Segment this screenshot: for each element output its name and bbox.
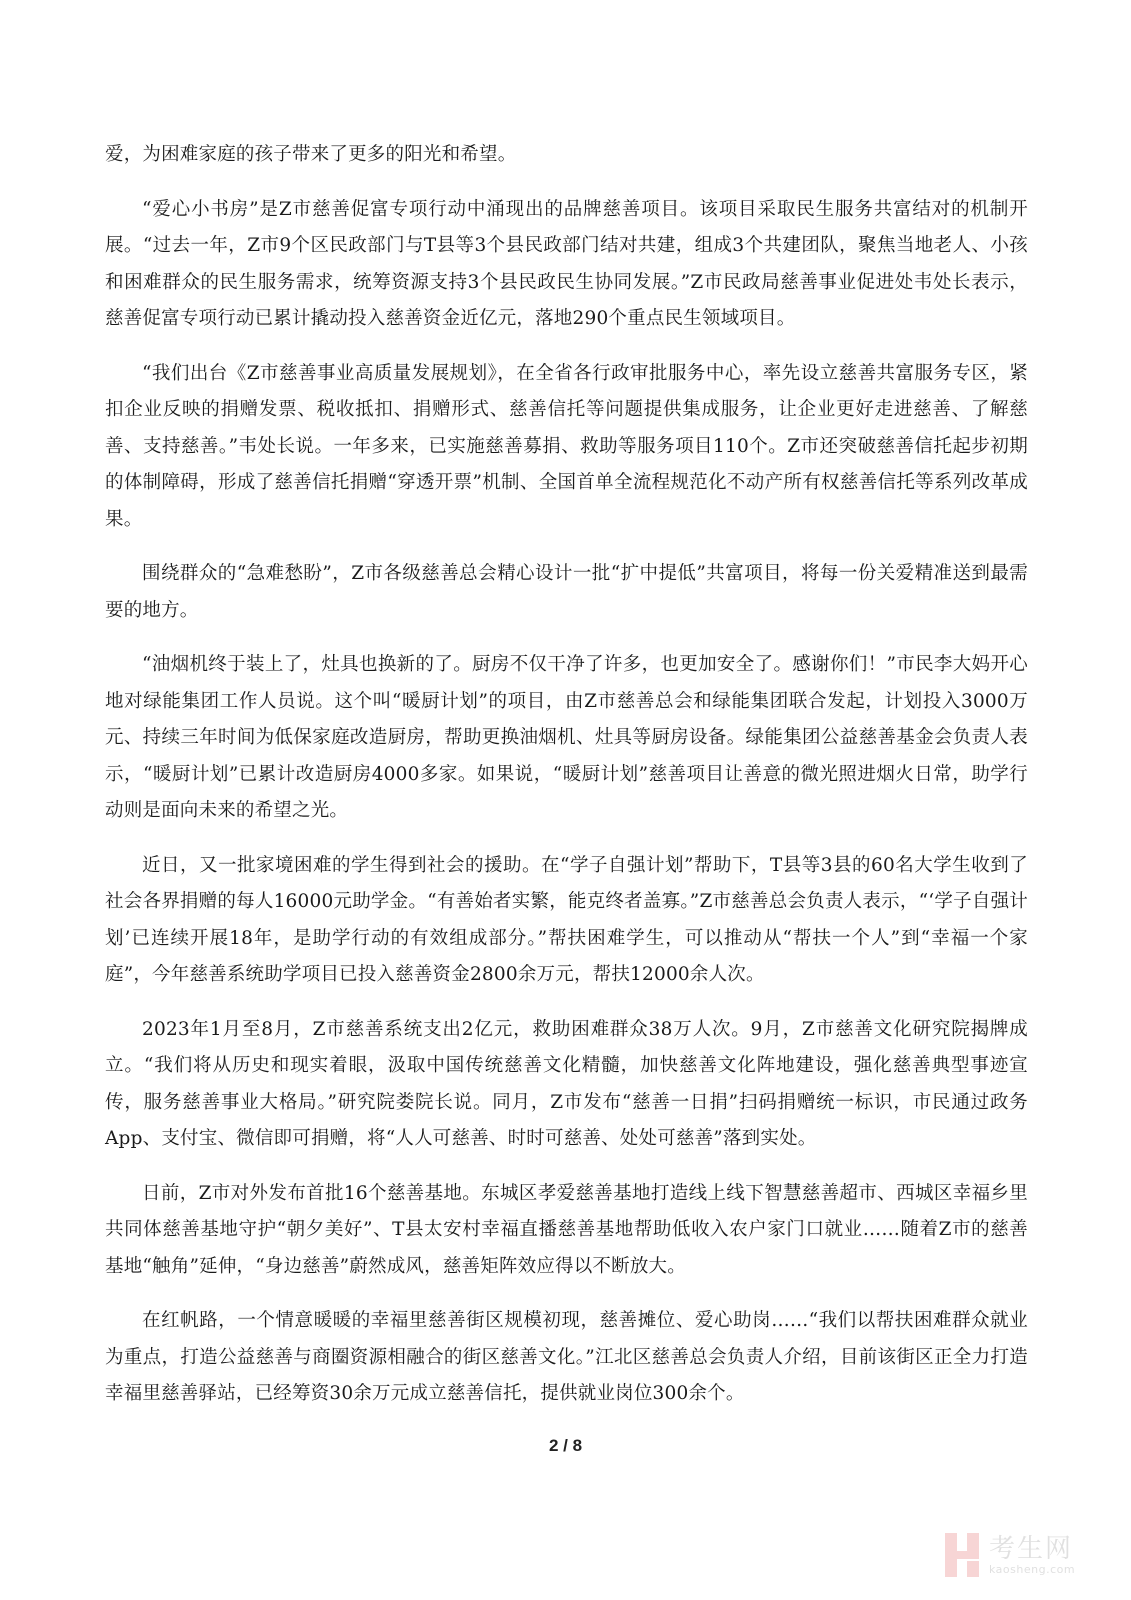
watermark: 考生网 kaosheng.com (945, 1530, 1115, 1580)
paragraph-9: 在红帆路，一个情意暖暖的幸福里慈善街区规模初现，慈善摊位、爱心助岗……“我们以帮… (105, 1303, 1028, 1413)
paragraph-7: 2023年1月至8月，Z市慈善系统支出2亿元，救助困难群众38万人次。9月，Z市… (105, 1012, 1028, 1158)
paragraph-5: “油烟机终于装上了，灶具也换新的了。厨房不仅干净了许多，也更加安全了。感谢你们！… (105, 647, 1028, 830)
paragraph-8: 日前，Z市对外发布首批16个慈善基地。东城区孝爱慈善基地打造线上线下智慧慈善超市… (105, 1176, 1028, 1286)
paragraph-6: 近日，又一批家境困难的学生得到社会的援助。在“学子自强计划”帮助下，T县等3县的… (105, 848, 1028, 994)
paragraph-1: 爱，为困难家庭的孩子带来了更多的阳光和希望。 (105, 137, 1028, 174)
paragraph-3: “我们出台《Z市慈善事业高质量发展规划》，在全省各行政审批服务中心，率先设立慈善… (105, 356, 1028, 539)
paragraph-4: 围绕群众的“急难愁盼”，Z市各级慈善总会精心设计一批“扩中提低”共富项目，将每一… (105, 556, 1028, 629)
watermark-text: 考生网 kaosheng.com (989, 1536, 1075, 1575)
watermark-title: 考生网 (989, 1536, 1075, 1562)
page-number: 2 / 8 (0, 1436, 1131, 1456)
document-body: 爱，为困难家庭的孩子带来了更多的阳光和希望。 “爱心小书房”是Z市慈善促富专项行… (105, 137, 1028, 1431)
paragraph-2: “爱心小书房”是Z市慈善促富专项行动中涌现出的品牌慈善项目。该项目采取民生服务共… (105, 192, 1028, 338)
watermark-domain: kaosheng.com (989, 1564, 1075, 1575)
kaosheng-logo-icon (945, 1533, 981, 1577)
